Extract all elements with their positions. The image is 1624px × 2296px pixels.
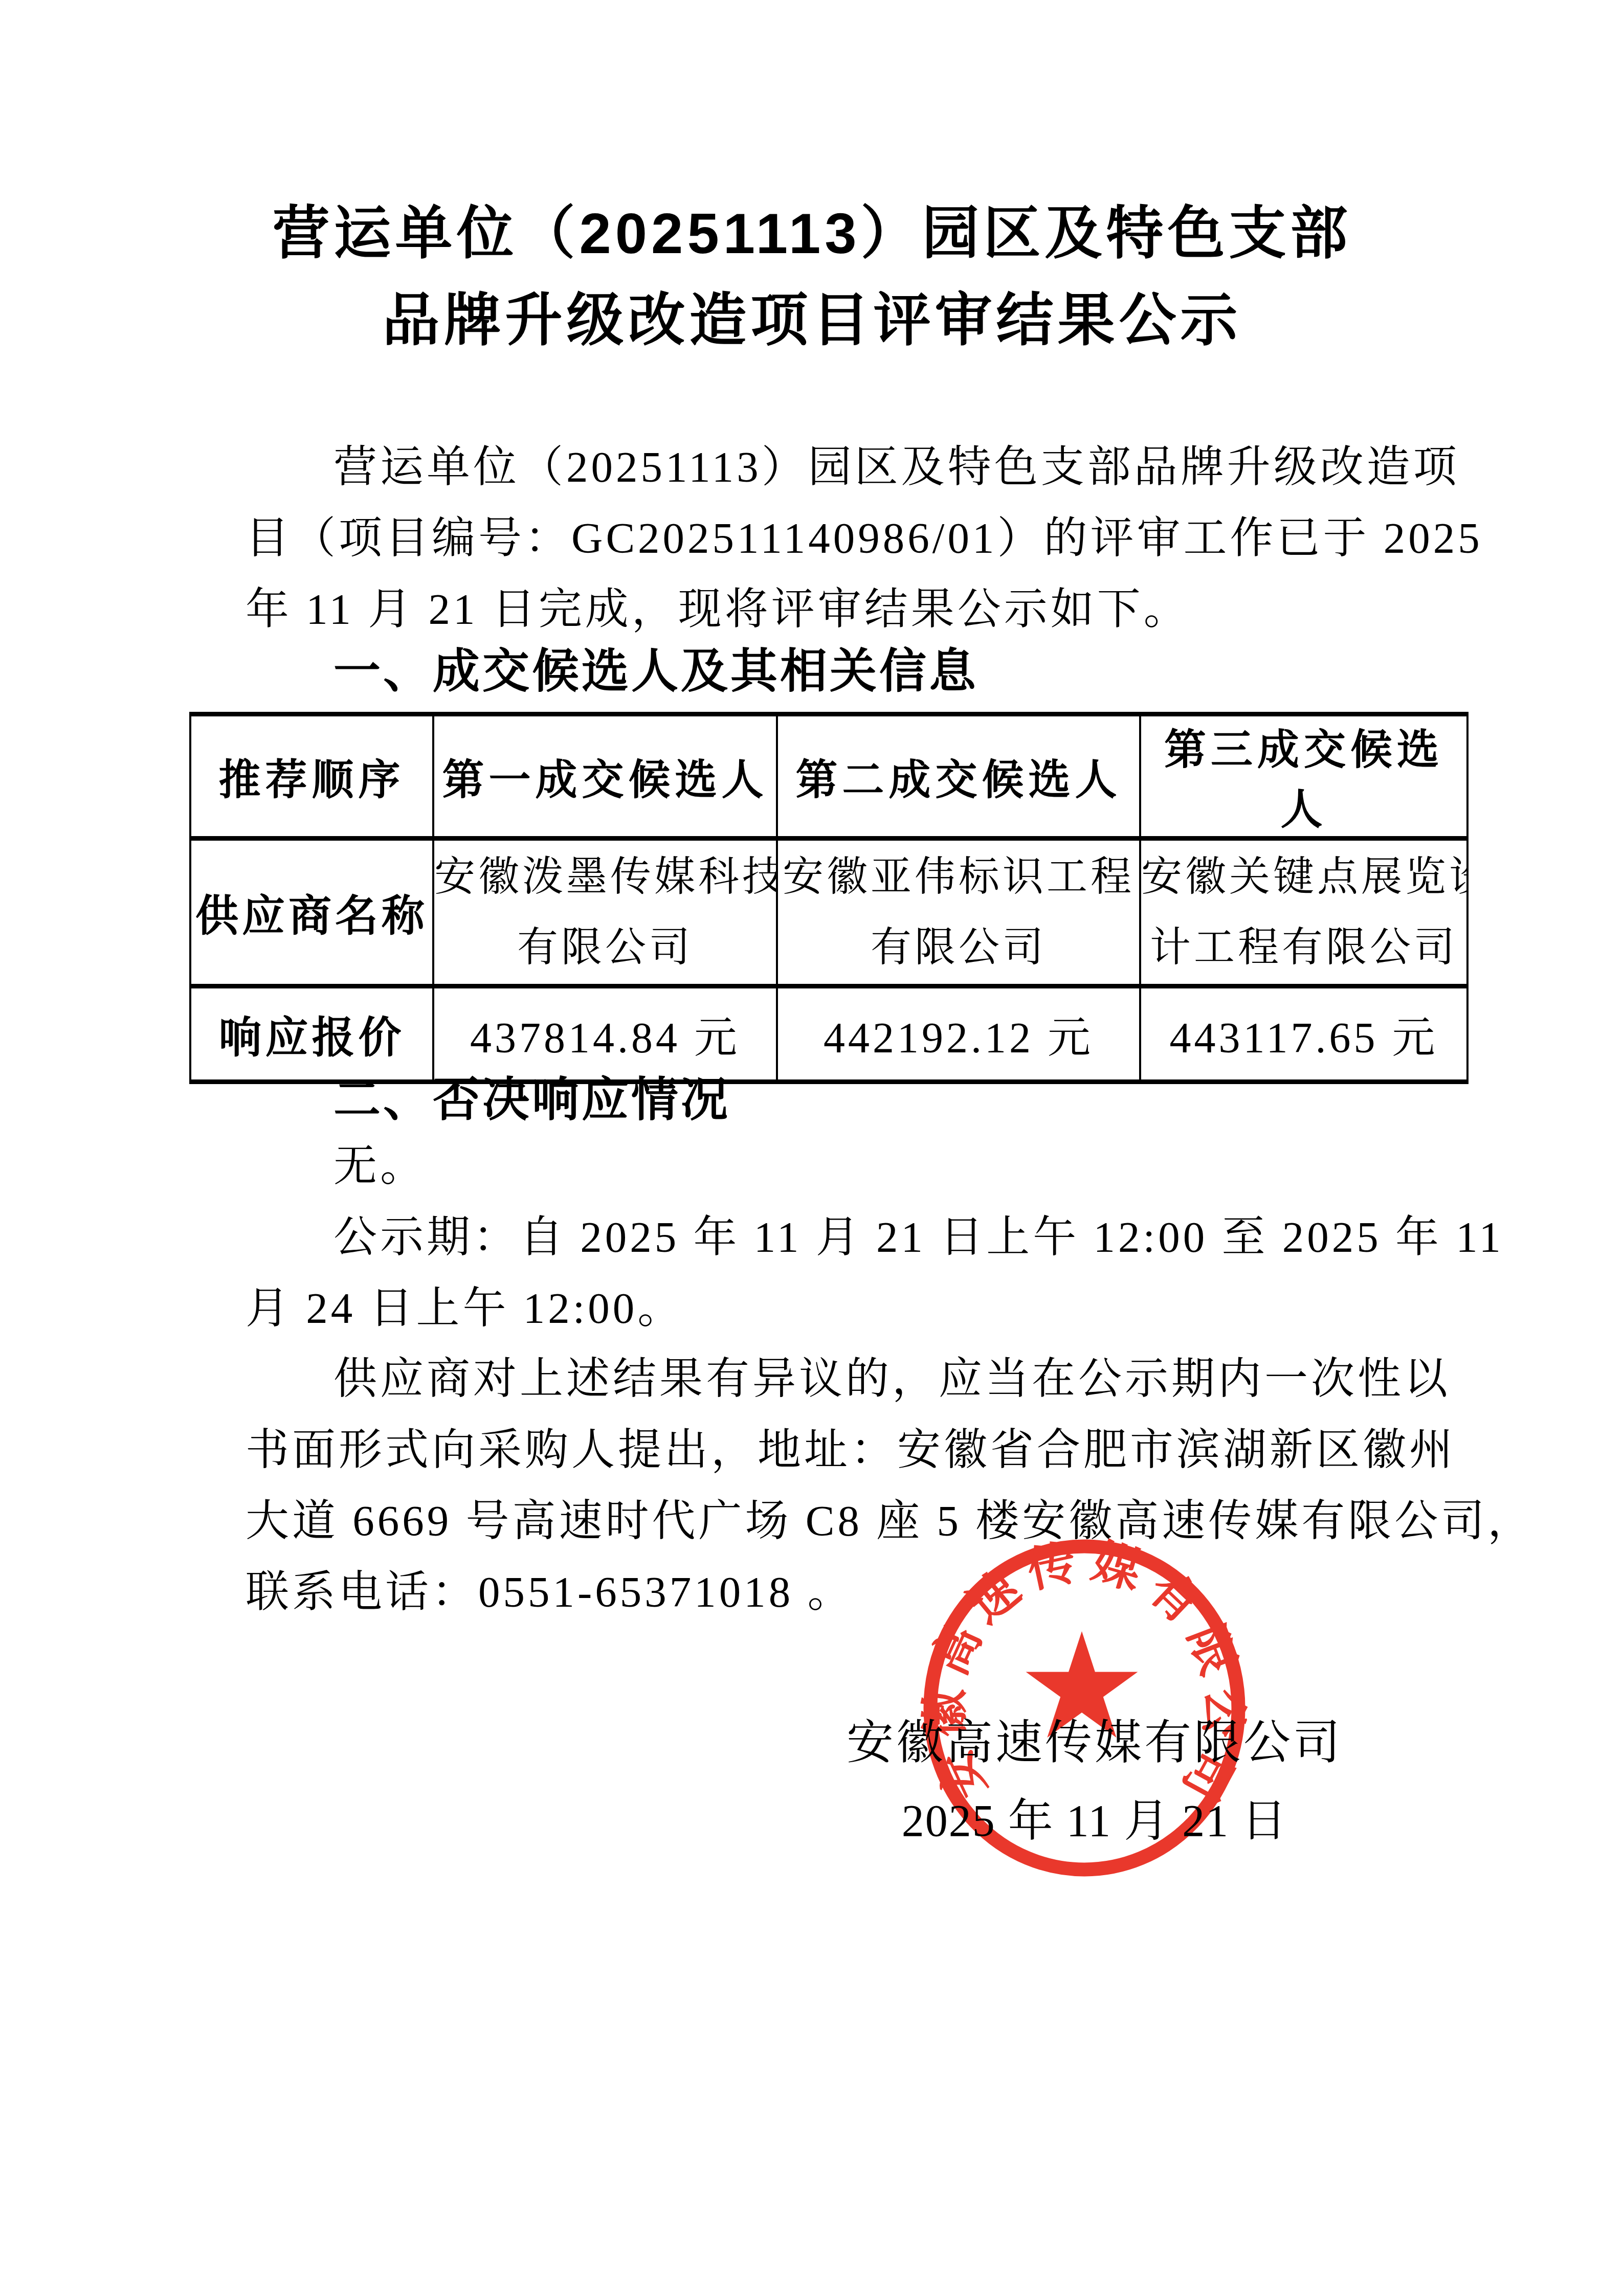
none-paragraph: 无。 [246,1131,1401,1202]
supplier-2-cell: 安徽亚伟标识工程 有限公司 [777,839,1140,986]
header-cell-second-candidate: 第二成交候选人 [777,714,1140,839]
publicity-line-2: 月 24 日上午 12:00。 [246,1273,1401,1344]
objection-line-2: 书面形式向采购人提出，地址：安徽省合肥市滨湖新区徽州 [246,1415,1401,1486]
supplier-2-line-2: 有限公司 [778,912,1139,983]
document-title: 营运单位（20251113）园区及特色支部 品牌升级改造项目评审结果公示 [0,190,1624,364]
section1-heading: 一、成交候选人及其相关信息 [246,636,1489,707]
supplier-3-line-2: 计工程有限公司 [1141,912,1466,983]
publicity-line-1: 公示期：自 2025 年 11 月 21 日上午 12:00 至 2025 年 … [246,1202,1401,1273]
document-title-line-2: 品牌升级改造项目评审结果公示 [0,277,1624,364]
publicity-paragraph: 公示期：自 2025 年 11 月 21 日上午 12:00 至 2025 年 … [246,1202,1401,1344]
intro-line-1: 营运单位（20251113）园区及特色支部品牌升级改造项 [246,432,1401,503]
table-header-row: 推荐顺序 第一成交候选人 第二成交候选人 第三成交候选人 [190,714,1467,839]
document-title-line-1: 营运单位（20251113）园区及特色支部 [0,190,1624,277]
company-seal: 安徽高速传媒有限公司 [916,1532,1253,1884]
supplier-2-line-1: 安徽亚伟标识工程 [778,842,1139,912]
supplier-1-line-1: 安徽泼墨传媒科技 [434,842,776,912]
header-cell-first-candidate: 第一成交候选人 [433,714,777,839]
header-cell-third-candidate: 第三成交候选人 [1140,714,1467,839]
supplier-name-row: 供应商名称 安徽泼墨传媒科技 有限公司 安徽亚伟标识工程 有限公司 安徽关键点展… [190,839,1467,986]
document-page: { "title": { "lines": [ "营运单位（20251113）园… [0,0,1624,2296]
intro-line-3: 年 11 月 21 日完成，现将评审结果公示如下。 [246,574,1401,645]
intro-line-2: 目（项目编号：GC202511140986/01）的评审工作已于 2025 [246,503,1401,574]
intro-paragraph: 营运单位（20251113）园区及特色支部品牌升级改造项 目（项目编号：GC20… [246,432,1401,645]
supplier-1-cell: 安徽泼墨传媒科技 有限公司 [433,839,777,986]
objection-line-1: 供应商对上述结果有异议的，应当在公示期内一次性以 [246,1344,1401,1415]
candidates-table: 推荐顺序 第一成交候选人 第二成交候选人 第三成交候选人 供应商名称 安徽泼墨传… [189,712,1469,1084]
supplier-row-label: 供应商名称 [190,839,433,986]
header-cell-rank: 推荐顺序 [190,714,433,839]
none-text: 无。 [246,1131,1401,1202]
supplier-1-line-2: 有限公司 [434,912,776,983]
supplier-3-line-1: 安徽关键点展览设 [1141,842,1466,912]
section2-heading: 二、否决响应情况 [246,1064,1489,1136]
red-star-icon [1026,1631,1138,1738]
supplier-3-cell: 安徽关键点展览设 计工程有限公司 [1140,839,1467,986]
